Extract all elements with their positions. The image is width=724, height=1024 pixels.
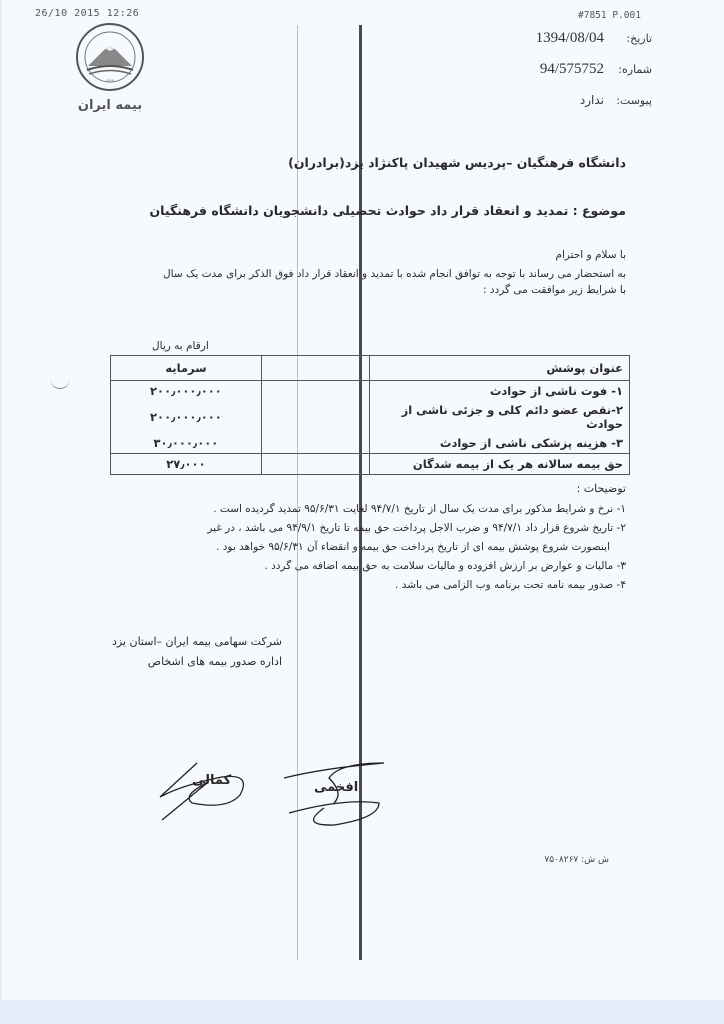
coverage-amount: ۲۰۰٫۰۰۰٫۰۰۰ xyxy=(111,381,262,402)
footer-reference: ش ش: ۷۵۰۸۲۶۷ xyxy=(544,855,609,865)
number-value: 94/575752 xyxy=(540,61,604,77)
meta-number: شماره: 94/575752 xyxy=(540,61,652,78)
body-line-2: با شرایط زیر موافقت می گردد : xyxy=(86,282,626,298)
note-item: ۳- مالیات و عوارض بر ارزش افزوده و مالیا… xyxy=(66,557,626,576)
note-item-continuation: اینصورت شروع پوشش بیمه ای از تاریخ پرداخ… xyxy=(66,538,626,557)
premium-title: حق بیمه سالانه هر یک از بیمه شدگان xyxy=(369,454,630,475)
greeting: با سلام و احترام xyxy=(555,249,626,261)
svg-text:۱۳۱۴: ۱۳۱۴ xyxy=(106,78,115,83)
number-label: شماره: xyxy=(608,63,652,76)
currency-unit-note: ارقام به ریال xyxy=(152,340,209,352)
body-line-1: به استحضار می رساند با توجه به توافق انج… xyxy=(86,266,626,282)
notes-title: توضیحات : xyxy=(577,482,626,495)
notes-list: ۱- نرخ و شرایط مذکور برای مدت یک سال از … xyxy=(66,500,626,595)
note-item: ۴- صدور بیمه نامه تحت برنامه وب الزامی م… xyxy=(66,576,626,595)
empty-cell xyxy=(261,454,369,475)
premium-row: حق بیمه سالانه هر یک از بیمه شدگان ۲۷٫۰۰… xyxy=(111,454,630,475)
header-empty-cell xyxy=(261,356,369,381)
fax-page-ref: #7851 P.001 xyxy=(578,10,641,21)
note-item: ۲- تاریخ شروع قرار داد ۹۴/۷/۱ و ضرب الاج… xyxy=(66,519,626,538)
issuer-block: شرکت سهامی بیمه ایران –استان یزد اداره ص… xyxy=(112,632,282,672)
table-row: ۱- فوت ناشی از حوادث ۲۰۰٫۰۰۰٫۰۰۰ xyxy=(111,381,630,402)
company-name: شرکت سهامی بیمه ایران –استان یزد xyxy=(112,632,282,652)
coverage-table: عنوان پوشش سرمایه ۱- فوت ناشی از حوادث ۲… xyxy=(110,355,630,475)
empty-cell xyxy=(261,381,369,402)
coverage-amount: ۲۰۰٫۰۰۰٫۰۰۰ xyxy=(111,401,262,433)
coverage-amount: ۳۰٫۰۰۰٫۰۰۰ xyxy=(111,433,262,454)
body-paragraph: به استحضار می رساند با توجه به توافق انج… xyxy=(86,266,626,298)
header-coverage-title: عنوان پوشش xyxy=(369,356,630,381)
attachment-value: ندارد xyxy=(580,93,604,107)
department-name: اداره صدور بیمه های اشخاص xyxy=(112,652,282,672)
mountain-emblem-icon: ۱۳۱۴ xyxy=(72,22,148,92)
empty-cell xyxy=(261,401,369,433)
bimeh-iran-logo: ۱۳۱۴ بیمه ایران xyxy=(72,22,148,112)
table-row: ۲-نقص عضو دائم کلی و جزئی ناشی از حوادث … xyxy=(111,401,630,433)
signature-name-2: افخمی xyxy=(314,780,358,795)
table-row: ۳- هزینه پزشکی ناشی از حوادث ۳۰٫۰۰۰٫۰۰۰ xyxy=(111,433,630,454)
table-header-row: عنوان پوشش سرمایه xyxy=(111,356,630,381)
signature-afkhami: افخمی xyxy=(284,748,394,828)
date-label: تاریخ: xyxy=(608,32,652,45)
recipient: دانشگاه فرهنگیان –پردیس شهیدان پاکنژاد ی… xyxy=(288,155,626,170)
fax-timestamp: 26/10 2015 12:26 xyxy=(35,8,139,19)
scanned-document-page: 26/10 2015 12:26 #7851 P.001 ۱۳۱۴ بیمه ا… xyxy=(2,0,724,1000)
signature-scribble-icon xyxy=(152,755,282,825)
date-value: 1394/08/04 xyxy=(536,30,604,46)
meta-date: تاریخ: 1394/08/04 xyxy=(536,30,652,47)
logo-text: بیمه ایران xyxy=(72,98,148,113)
coverage-title: ۳- هزینه پزشکی ناشی از حوادث xyxy=(369,433,630,454)
coverage-title: ۲-نقص عضو دائم کلی و جزئی ناشی از حوادث xyxy=(369,401,630,433)
attachment-label: پیوست: xyxy=(608,94,652,107)
signature-kamali: کمالی xyxy=(152,755,282,825)
coverage-title: ۱- فوت ناشی از حوادث xyxy=(369,381,630,402)
scan-mark xyxy=(50,378,70,389)
signature-name-1: کمالی xyxy=(192,773,231,788)
subject-line: موضوع : تمدید و انعقاد قرار داد حوادث تح… xyxy=(150,203,626,218)
premium-amount: ۲۷٫۰۰۰ xyxy=(111,454,262,475)
empty-cell xyxy=(261,433,369,454)
meta-attachment: پیوست: ندارد xyxy=(580,92,652,107)
note-item: ۱- نرخ و شرایط مذکور برای مدت یک سال از … xyxy=(66,500,626,519)
header-amount: سرمایه xyxy=(111,356,262,381)
